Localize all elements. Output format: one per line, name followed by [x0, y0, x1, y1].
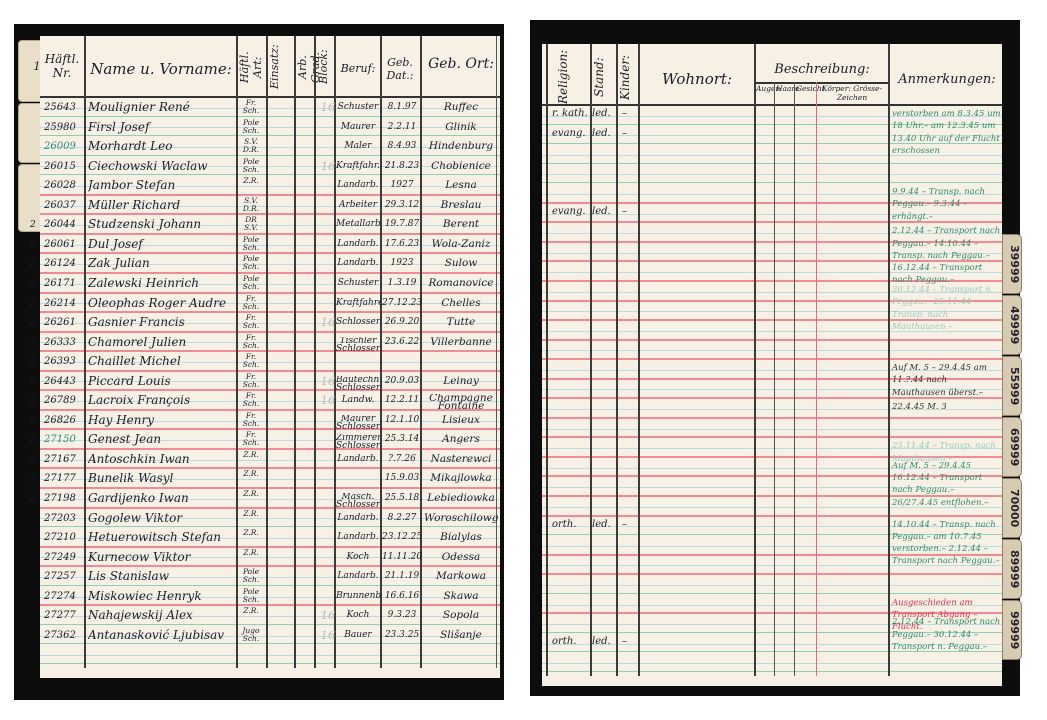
- prisoner-name: Jambor Stefan: [88, 178, 238, 192]
- prisoner-name: Gogolew Viktor: [88, 511, 238, 525]
- religion: orth.: [552, 636, 590, 647]
- occupation: Landarb.: [336, 454, 380, 464]
- prisoner-name: Zak Julian: [88, 256, 238, 270]
- table-row: 226826Hay HenryFr. Sch.Maurer Schlosser1…: [40, 411, 500, 431]
- prisoner-name: Studzenski Johann: [88, 217, 238, 231]
- prisoner-number: 26044: [44, 219, 86, 230]
- birth-place: Bialylas: [424, 531, 498, 543]
- occupation: Brunnenbauer: [336, 591, 380, 601]
- header-beruf: Beruf:: [336, 62, 380, 75]
- prisoner-category: Jugo Sch.: [236, 627, 266, 643]
- occupation: Koch: [336, 610, 380, 620]
- table-row: 226214Oleophas Roger AudreFr. Sch.Kraftf…: [40, 294, 500, 314]
- prisoner-number: 25980: [44, 122, 86, 133]
- block-number: 16: [318, 608, 338, 622]
- prisoner-name: Gasnier Francis: [88, 315, 238, 329]
- header-anmerkungen: Anmerkungen:: [892, 72, 1002, 87]
- birth-place: Berent: [424, 218, 498, 230]
- birth-place: Tutte: [424, 316, 498, 328]
- ruled-line: [542, 593, 1002, 594]
- table-row: 27203Gogolew ViktorZ.R.Landarb.8.2.27Wor…: [40, 509, 500, 529]
- header-name: Name u. Vorname:: [86, 60, 236, 78]
- prisoner-number: 26214: [44, 298, 86, 309]
- occupation: Maurer: [336, 122, 380, 132]
- column-divider: [774, 82, 775, 676]
- occupation: Schuster: [336, 102, 380, 112]
- column-divider: [794, 82, 795, 676]
- birth-place: Champagne Fontaine: [424, 394, 498, 410]
- children: –: [622, 519, 642, 530]
- occupation: Landw.: [336, 395, 380, 405]
- birth-place: Lesna: [424, 179, 498, 191]
- row-marker: 2: [30, 357, 36, 367]
- prisoner-category: Fr. Sch.: [236, 295, 266, 311]
- prisoner-name: Müller Richard: [88, 198, 238, 212]
- prisoner-name: Morhardt Leo: [88, 139, 238, 153]
- children: –: [622, 108, 642, 119]
- prisoner-name: Gardijenko Iwan: [88, 491, 238, 505]
- prisoner-name: Hetuerowitsch Stefan: [88, 530, 238, 544]
- right-register-page: Religion: Stand: Kinder: Wohnort: Beschr…: [542, 44, 1002, 686]
- occupation: Kraftfahr.: [336, 161, 380, 171]
- annotation-note: 9.9.44 – Transp. nach Peggau.– 9.3.44 – …: [892, 186, 1002, 223]
- birth-place: Romanovice: [424, 277, 498, 289]
- block-number: 16: [318, 315, 338, 329]
- prisoner-category: Fr. Sch.: [236, 431, 266, 447]
- header-wohnort: Wohnort:: [642, 70, 752, 88]
- header-beschreibung: Beschreibung:: [756, 62, 888, 77]
- header-koerper: Körper: Grösse-Zeichen: [818, 84, 886, 102]
- header-haeftl-nr: Häftl. Nr.: [42, 52, 82, 80]
- prisoner-name: Lacroix François: [88, 393, 238, 407]
- prisoner-name: Chamorel Julien: [88, 335, 238, 349]
- birth-place: Skawa: [424, 590, 498, 602]
- occupation: Metallarb.: [336, 219, 380, 229]
- table-row: 227177Bunelik WasylZ.R.15.9.03Mikajlowka: [40, 469, 500, 489]
- ruled-line: [542, 174, 1002, 175]
- occupation: Landarb.: [336, 258, 380, 268]
- table-row: 227167Antoschkin IwanZ.R.Landarb.?.7.26N…: [40, 450, 500, 470]
- table-row: 226044Studzenski JohannDR S.V.Metallarb.…: [40, 215, 500, 235]
- ruled-line: [40, 663, 500, 664]
- birth-date: 21.1.19: [382, 571, 422, 581]
- prisoner-category: Fr. Sch.: [236, 353, 266, 369]
- birth-date: 27.12.23: [382, 298, 422, 308]
- block-number: 16: [318, 374, 338, 388]
- prisoner-name: Hay Henry: [88, 413, 238, 427]
- table-row: 226124Zak JulianPole Sch.Landarb.1923Sul…: [40, 254, 500, 274]
- row-marker: 2: [30, 299, 36, 309]
- ruled-line: [542, 573, 1002, 575]
- header-haare: Haare: [776, 84, 794, 93]
- prisoner-number: 26393: [44, 356, 86, 367]
- birth-date: 2.2.11: [382, 122, 422, 132]
- row-marker: 2: [30, 318, 36, 328]
- prisoner-name: Zalewski Heinrich: [88, 276, 238, 290]
- birth-date: 1927: [382, 180, 422, 190]
- table-row: 27362Antanasković LjubisavJugo Sch.16Bau…: [40, 626, 500, 646]
- birth-date: 19.7.87: [382, 219, 422, 229]
- prisoner-category: S.V. D.R.: [236, 138, 266, 154]
- children: –: [622, 128, 642, 139]
- header-augen: Augen: [756, 84, 774, 93]
- header-geb-ort: Geb. Ort:: [424, 56, 498, 72]
- row-marker: 2: [30, 220, 36, 230]
- occupation: Kraftfahrer: [336, 298, 380, 308]
- prisoner-category: S.V. D.R.: [236, 197, 266, 213]
- table-row: 227198Gardijenko IwanZ.R.Masch. Schlosse…: [40, 489, 500, 509]
- table-row: 26015Ciechowski WaclawPole Sch.16Kraftfa…: [40, 157, 500, 177]
- prisoner-name: Antoschkin Iwan: [88, 452, 238, 466]
- header-religion: Religion:: [556, 50, 586, 104]
- prisoner-number: 27177: [44, 473, 86, 484]
- birth-place: Markowa: [424, 570, 498, 582]
- prisoner-category: Pole Sch.: [236, 275, 266, 291]
- prisoner-number: 26028: [44, 180, 86, 191]
- index-tab: 70000: [1002, 478, 1022, 538]
- prisoner-number: 27150: [44, 434, 86, 445]
- prisoner-number: 27198: [44, 493, 86, 504]
- prisoner-name: Kurnecow Viktor: [88, 550, 238, 564]
- birth-date: ?.7.26: [382, 454, 422, 464]
- ruled-line: [542, 429, 1002, 430]
- prisoner-category: Z.R.: [236, 549, 266, 557]
- row-marker: 2: [30, 377, 36, 387]
- index-tab: 89999: [1002, 539, 1022, 599]
- index-tab-label: 49999: [1003, 296, 1021, 354]
- index-tab: 99999: [1002, 600, 1022, 660]
- prisoner-name: Piccard Louis: [88, 374, 238, 388]
- prisoner-number: 27203: [44, 513, 86, 524]
- birth-date: 1.3.19: [382, 278, 422, 288]
- prisoner-number: 27210: [44, 532, 86, 543]
- prisoner-category: Z.R.: [236, 451, 266, 459]
- birth-place: Villerbanne: [424, 336, 498, 348]
- birth-date: 26.9.20: [382, 317, 422, 327]
- table-row: 26037Müller RichardS.V. D.R.Arbeiter29.3…: [40, 196, 500, 216]
- row-marker: 2: [30, 240, 36, 250]
- header-row-marker: 1: [32, 60, 42, 73]
- prisoner-name: Miskowiec Henryk: [88, 589, 238, 603]
- occupation: Landarb.: [336, 239, 380, 249]
- birth-place: Angers: [424, 433, 498, 445]
- prisoner-category: Z.R.: [236, 177, 266, 185]
- birth-date: 12.1.10: [382, 415, 422, 425]
- birth-date: 16.6.16: [382, 591, 422, 601]
- annotation-note: 2.12.44 – Transport nach Peggau.– 30.12.…: [892, 616, 1002, 653]
- index-tab-label: 69999: [1003, 418, 1021, 476]
- birth-place: Leinay: [424, 375, 498, 387]
- index-tab-label: 39999: [1003, 235, 1021, 293]
- birth-date: 12.2.11: [382, 395, 422, 405]
- occupation: Tischler Schlosser: [336, 337, 380, 353]
- row-marker: 2: [30, 259, 36, 269]
- birth-place: Chobienice: [424, 160, 498, 172]
- religion: evang.: [552, 206, 590, 217]
- table-row: 226789Lacroix FrançoisFr. Sch.16Landw.12…: [40, 391, 500, 411]
- birth-date: 8.4.93: [382, 141, 422, 151]
- birth-date: 11.11.20: [382, 552, 422, 562]
- birth-place: Nasterewci: [424, 453, 498, 465]
- index-tab-label: 55999: [1003, 357, 1021, 415]
- ruled-line: [542, 671, 1002, 672]
- marital-status: led.: [592, 206, 620, 217]
- birth-place: Sulow: [424, 257, 498, 269]
- header-stand: Stand:: [592, 50, 616, 104]
- ruled-line: [542, 417, 1002, 419]
- prisoner-category: Pole Sch.: [236, 158, 266, 174]
- occupation: Landarb.: [336, 532, 380, 542]
- table-row: 27257Lis StanislawPole Sch.Landarb.21.1.…: [40, 567, 500, 587]
- religion: r. kath.: [552, 108, 590, 119]
- block-number: 16: [318, 393, 338, 407]
- prisoner-name: Antanasković Ljubisav: [88, 628, 238, 642]
- table-row: 226393Chaillet MichelFr. Sch.: [40, 352, 500, 372]
- prisoner-name: Genest Jean: [88, 432, 238, 446]
- header-haeftl-art: Häftl. Art:: [238, 42, 262, 92]
- row-marker: 2: [30, 338, 36, 348]
- birth-place: Mikajlowka: [424, 472, 498, 484]
- birth-place: Chelles: [424, 297, 498, 309]
- annotation-note: 22.4.45 M. 3: [892, 401, 1002, 413]
- occupation: Landarb.: [336, 180, 380, 190]
- row-marker: 2: [30, 435, 36, 445]
- ruled-line: [542, 163, 1002, 164]
- birth-place: Hindenburg: [424, 140, 498, 152]
- prisoner-number: 27362: [44, 630, 86, 641]
- prisoner-name: Oleophas Roger Audre: [88, 296, 238, 310]
- table-row: 226171Zalewski HeinrichPole Sch.Schuster…: [40, 274, 500, 294]
- table-row: 27249Kurnecow ViktorZ.R.Koch11.11.20Odes…: [40, 548, 500, 568]
- prisoner-number: 27277: [44, 610, 86, 621]
- occupation: Arbeiter: [336, 200, 380, 210]
- ruled-line: [542, 358, 1002, 360]
- marital-status: led.: [592, 519, 620, 530]
- annotation-note: verstorben am 8.3.45 um 18 Uhr.– am 12.3…: [892, 108, 1002, 157]
- prisoner-category: Fr. Sch.: [236, 373, 266, 389]
- ruled-line: [542, 436, 1002, 438]
- ruled-line: [542, 585, 1002, 586]
- prisoner-category: Z.R.: [236, 490, 266, 498]
- left-header-row: 1 Häftl. Nr. Name u. Vorname: Häftl. Art…: [40, 36, 500, 98]
- prisoner-number: 26061: [44, 239, 86, 250]
- birth-place: Odessa: [424, 551, 498, 563]
- birth-date: 15.9.03: [382, 473, 422, 483]
- birth-date: 20.9.03: [382, 376, 422, 386]
- prisoner-category: Z.R.: [236, 607, 266, 615]
- birth-date: 23.12.25: [382, 532, 422, 542]
- prisoner-category: Fr. Sch.: [236, 392, 266, 408]
- birth-place: Ruffec: [424, 101, 498, 113]
- table-row: 27210Hetuerowitsch StefanZ.R.Landarb.23.…: [40, 528, 500, 548]
- row-marker: 2: [30, 455, 36, 465]
- prisoner-category: Z.R.: [236, 510, 266, 518]
- prisoner-category: Fr. Sch.: [236, 412, 266, 428]
- marital-status: led.: [592, 636, 620, 647]
- occupation: Maurer Schlosser: [336, 415, 380, 431]
- birth-place: Lisieux: [424, 414, 498, 426]
- occupation: Landarb.: [336, 513, 380, 523]
- annotation-note: 14.10.44 – Transp. nach Peggau.– am 10.7…: [892, 519, 1002, 568]
- index-tab: 49999: [1002, 295, 1022, 355]
- annotation-note: 30.12.44 – Transport n. Peggau.– 25.11.4…: [892, 284, 1002, 333]
- index-tab-label: 99999: [1003, 601, 1021, 659]
- birth-date: 23.6.22: [382, 337, 422, 347]
- table-row: 226333Chamorel JulienFr. Sch.Tischler Sc…: [40, 333, 500, 353]
- prisoner-category: Z.R.: [236, 529, 266, 537]
- religion: evang.: [552, 128, 590, 139]
- birth-date: 8.2.27: [382, 513, 422, 523]
- table-row: 25643Moulignier RenéFr. Sch.16Schuster8.…: [40, 98, 500, 118]
- block-number: 16: [318, 628, 338, 642]
- occupation: Landarb.: [336, 571, 380, 581]
- page-gap: [504, 20, 530, 720]
- occupation: Bautechn. Schlosser: [336, 376, 380, 392]
- prisoner-number: 26261: [44, 317, 86, 328]
- prisoner-category: Pole Sch.: [236, 119, 266, 135]
- prisoner-category: Pole Sch.: [236, 588, 266, 604]
- annotation-note: 2.12.44 – Transport nach Peggau.– 14.10.…: [892, 225, 1002, 286]
- prisoner-category: DR S.V.: [236, 216, 266, 232]
- table-row: 226261Gasnier FrancisFr. Sch.16Schlosser…: [40, 313, 500, 333]
- prisoner-name: Moulignier René: [88, 100, 238, 114]
- annotation-note: Auf M. 5 – 29.4.45 16.12.44 – Transport …: [892, 460, 1002, 509]
- block-number: 16: [318, 100, 338, 114]
- prisoner-name: Nahajewskij Alex: [88, 608, 238, 622]
- marital-status: led.: [592, 108, 620, 119]
- birth-place: Lebiediowka: [424, 492, 498, 504]
- occupation: Schlosser: [336, 317, 380, 327]
- table-row: 26028Jambor StefanZ.R.Landarb.1927Lesna: [40, 176, 500, 196]
- right-header-row: Religion: Stand: Kinder: Wohnort: Beschr…: [542, 44, 1002, 106]
- prisoner-name: Firsl Josef: [88, 120, 238, 134]
- birth-date: 21.8.23: [382, 161, 422, 171]
- prisoner-number: 26826: [44, 415, 86, 426]
- ruled-line: [40, 655, 500, 656]
- prisoner-number: 27274: [44, 591, 86, 602]
- index-tab-label: 70000: [1003, 479, 1021, 537]
- prisoner-category: Pole Sch.: [236, 255, 266, 271]
- ruled-line: [542, 350, 1002, 351]
- prisoner-category: Pole Sch.: [236, 568, 266, 584]
- table-row: 227150Genest JeanFr. Sch.Zimmerer Schlos…: [40, 430, 500, 450]
- row-marker: 2: [30, 279, 36, 289]
- row-marker: 2: [30, 494, 36, 504]
- prisoner-category: Fr. Sch.: [236, 314, 266, 330]
- birth-place: Wola-Zaniz: [424, 238, 498, 250]
- ruled-line: [542, 339, 1002, 341]
- birth-date: 23.3.25: [382, 630, 422, 640]
- prisoner-name: Bunelik Wasyl: [88, 471, 238, 485]
- birth-place: Woroschilowgrad: [424, 512, 498, 524]
- row-marker: 2: [30, 474, 36, 484]
- ruled-line: [542, 663, 1002, 664]
- index-tab: 39999: [1002, 234, 1022, 294]
- prisoner-number: 26443: [44, 376, 86, 387]
- birth-place: Breslau: [424, 199, 498, 211]
- birth-date: 25.5.18: [382, 493, 422, 503]
- birth-place: Glinik: [424, 121, 498, 133]
- index-tab-label: 89999: [1003, 540, 1021, 598]
- header-geb-dat: Geb. Dat.:: [380, 56, 420, 82]
- children: –: [622, 206, 642, 217]
- table-row: 27277Nahajewskij AlexZ.R.16Koch9.3.23Sop…: [40, 606, 500, 626]
- birth-date: 25.3.14: [382, 434, 422, 444]
- birth-date: 17.6.23: [382, 239, 422, 249]
- header-kinder: Kinder:: [618, 50, 640, 104]
- occupation: Zimmerer Schlosser: [336, 434, 380, 450]
- table-row: 226061Dul JosefPole Sch.Landarb.17.6.23W…: [40, 235, 500, 255]
- marital-status: led.: [592, 128, 620, 139]
- prisoner-number: 26009: [44, 141, 86, 152]
- table-row: 26009Morhardt LeoS.V. D.R.Maler8.4.93Hin…: [40, 137, 500, 157]
- prisoner-category: Pole Sch.: [236, 236, 266, 252]
- index-tab: 69999: [1002, 417, 1022, 477]
- prisoner-category: Fr. Sch.: [236, 99, 266, 115]
- prisoner-number: 27249: [44, 552, 86, 563]
- header-gesicht: Gesicht: [796, 84, 816, 93]
- occupation: Masch. Schlosser: [336, 493, 380, 509]
- prisoner-number: 27167: [44, 454, 86, 465]
- birth-date: 29.3.12: [382, 200, 422, 210]
- prisoner-number: 26789: [44, 395, 86, 406]
- prisoner-name: Ciechowski Waclaw: [88, 159, 238, 173]
- religion: orth.: [552, 519, 590, 530]
- occupation: Maler: [336, 141, 380, 151]
- birth-place: Slišanje: [424, 629, 498, 641]
- row-marker: 2: [30, 396, 36, 406]
- birth-date: 1923: [382, 258, 422, 268]
- prisoner-number: 25643: [44, 102, 86, 113]
- block-number: 16: [318, 159, 338, 173]
- header-einsatz: Einsatz:: [268, 42, 292, 92]
- prisoner-number: 26015: [44, 161, 86, 172]
- index-tab: 55999: [1002, 356, 1022, 416]
- prisoner-number: 26171: [44, 278, 86, 289]
- occupation: Bauer: [336, 630, 380, 640]
- birth-place: Sopola: [424, 609, 498, 621]
- row-marker: 2: [30, 416, 36, 426]
- prisoner-category: Fr. Sch.: [236, 334, 266, 350]
- table-row: 226443Piccard LouisFr. Sch.16Bautechn. S…: [40, 372, 500, 392]
- prisoner-number: 26333: [44, 337, 86, 348]
- header-arb-grad: Arb. Grad:: [296, 42, 316, 92]
- prisoner-category: Z.R.: [236, 470, 266, 478]
- prisoner-name: Lis Stanislaw: [88, 569, 238, 583]
- table-row: 25980Firsl JosefPole Sch.Maurer2.2.11Gli…: [40, 118, 500, 138]
- prisoner-name: Chaillet Michel: [88, 354, 238, 368]
- prisoner-number: 26124: [44, 258, 86, 269]
- occupation: Koch: [336, 552, 380, 562]
- column-divider: [816, 82, 817, 676]
- occupation: Schuster: [336, 278, 380, 288]
- header-block: Block:: [317, 42, 335, 92]
- birth-date: 9.3.23: [382, 610, 422, 620]
- prisoner-name: Dul Josef: [88, 237, 238, 251]
- birth-date: 8.1.97: [382, 102, 422, 112]
- table-row: 27274Miskowiec HenrykPole Sch.Brunnenbau…: [40, 587, 500, 607]
- left-register-page: 1 Häftl. Nr. Name u. Vorname: Häftl. Art…: [40, 36, 500, 678]
- annotation-note: Auf M. 5 – 29.4.45 am 11.?.44 nach Mauth…: [892, 362, 1002, 399]
- prisoner-number: 27257: [44, 571, 86, 582]
- prisoner-number: 26037: [44, 200, 86, 211]
- ruled-line: [542, 182, 1002, 183]
- children: –: [622, 636, 642, 647]
